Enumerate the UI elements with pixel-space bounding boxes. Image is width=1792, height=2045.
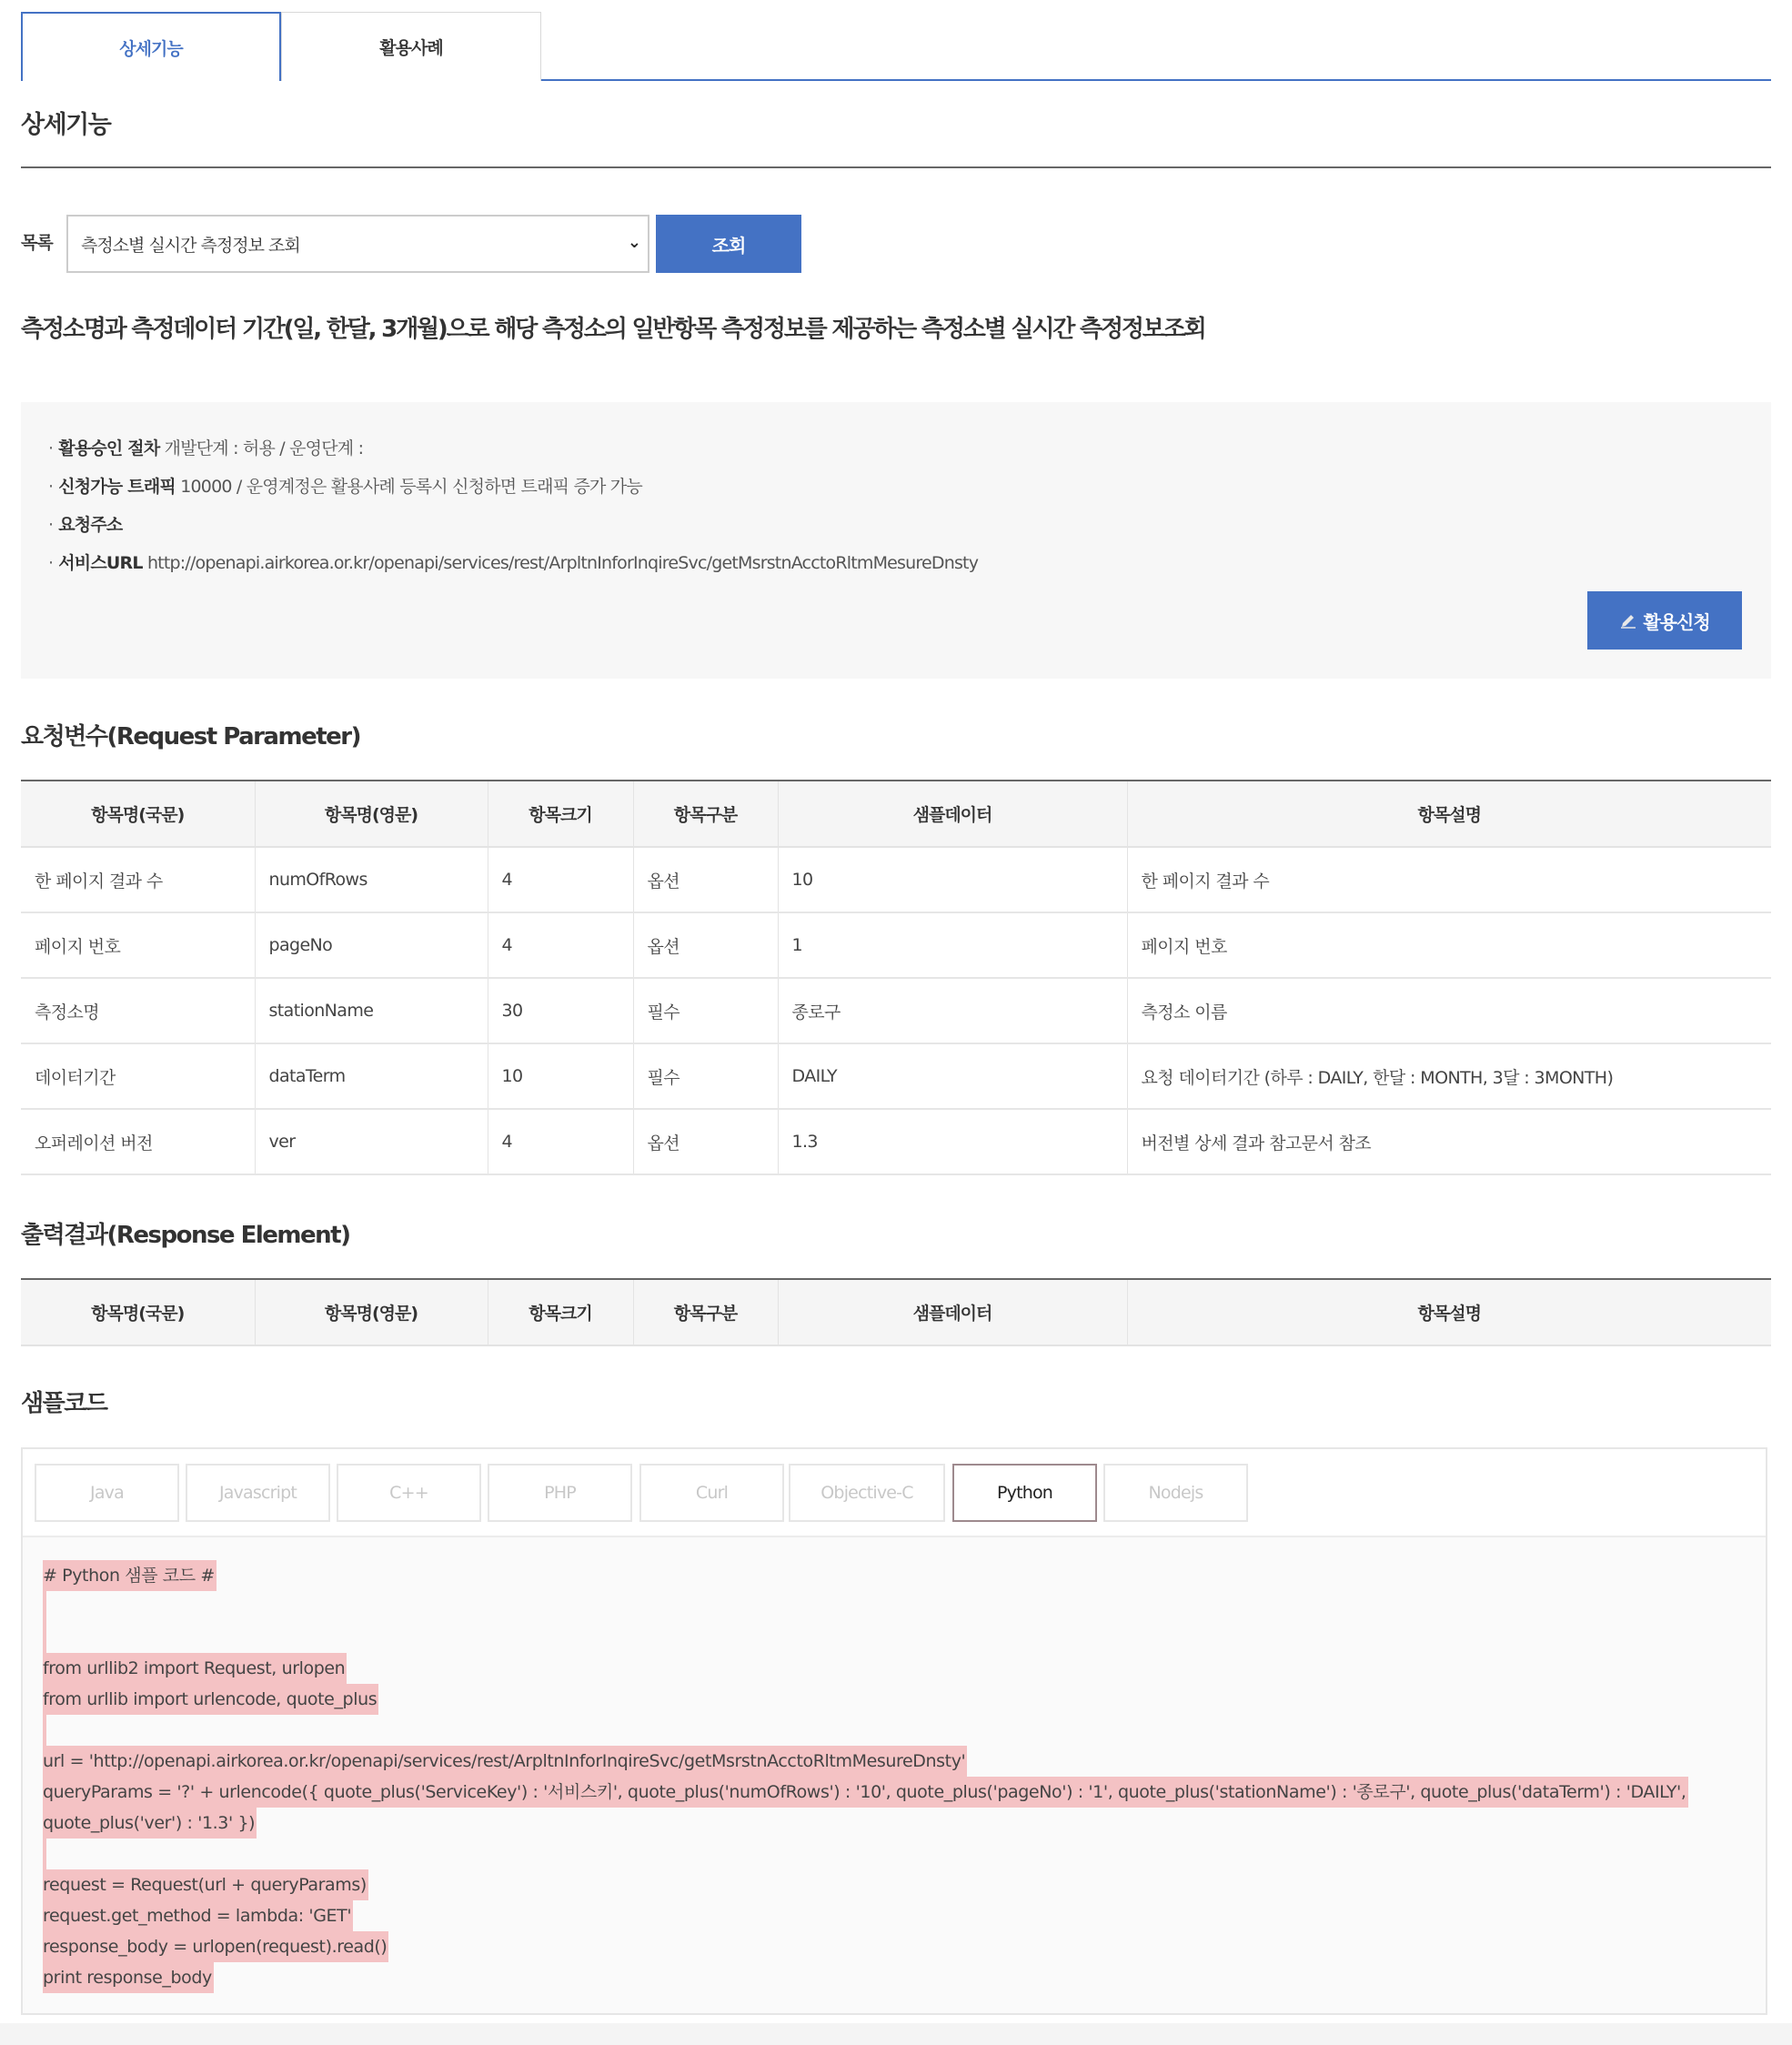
- response-element-heading: 출력결과(Response Element): [21, 1216, 349, 1250]
- table-cell: 옵션: [633, 1109, 778, 1174]
- bullet-icon: ·: [48, 438, 53, 458]
- code-line: [43, 1591, 1688, 1653]
- bullet-icon: ·: [48, 477, 53, 497]
- code-tab-nodejs[interactable]: Nodejs: [1103, 1464, 1248, 1522]
- info-traffic-label: 신청가능 트래픽: [58, 477, 176, 497]
- sample-code-panel: JavaJavascriptC++PHPCurlObjective-CPytho…: [21, 1447, 1767, 2015]
- code-tab-java[interactable]: Java: [35, 1464, 179, 1522]
- bullet-icon: ·: [48, 553, 53, 573]
- code-tab-php[interactable]: PHP: [488, 1464, 632, 1522]
- page-footer-strip: [0, 2023, 1792, 2045]
- column-header: 항목설명: [1127, 1279, 1771, 1345]
- operation-select-value: 측정소별 실시간 측정정보 조회: [81, 232, 300, 257]
- table-cell: stationName: [255, 978, 488, 1043]
- code-line-text: [43, 1715, 46, 1746]
- apply-button[interactable]: 활용신청: [1587, 591, 1742, 650]
- table-cell: 버전별 상세 결과 참고문서 참조: [1127, 1109, 1771, 1174]
- code-line-text: print response_body: [43, 1962, 214, 1993]
- code-line-text: # Python 샘플 코드 #: [43, 1560, 216, 1591]
- column-header: 샘플데이터: [778, 781, 1127, 847]
- table-cell: 30: [488, 978, 633, 1043]
- table-row: 한 페이지 결과 수numOfRows4옵션10한 페이지 결과 수: [21, 847, 1771, 912]
- code-tab-javascript[interactable]: Javascript: [186, 1464, 330, 1522]
- chevron-down-icon: ⌄: [628, 233, 640, 252]
- code-line: quote_plus('ver') : '1.3' }): [43, 1808, 1688, 1838]
- tab-use-cases[interactable]: 활용사례: [281, 12, 541, 81]
- table-cell: 종로구: [778, 978, 1127, 1043]
- top-tab-bar: 상세기능 활용사례: [21, 12, 1771, 81]
- code-line: [43, 1715, 1688, 1746]
- table-cell: 10: [778, 847, 1127, 912]
- request-parameter-heading: 요청변수(Request Parameter): [21, 718, 360, 751]
- info-service-url: ·서비스URL http://openapi.airkorea.or.kr/op…: [48, 549, 978, 574]
- column-header: 항목설명: [1127, 781, 1771, 847]
- info-traffic: ·신청가능 트래픽 10000 / 운영계정은 활용사례 등록시 신청하면 트래…: [48, 473, 642, 498]
- code-line: [43, 1838, 1688, 1869]
- code-tab-curl[interactable]: Curl: [639, 1464, 784, 1522]
- request-parameter-table: 항목명(국문) 항목명(영문) 항목크기 항목구분 샘플데이터 항목설명 한 페…: [21, 780, 1771, 1175]
- info-approval: ·활용승인 절차 개발단계 : 허용 / 운영단계 :: [48, 435, 363, 459]
- info-service-url-value[interactable]: http://openapi.airkorea.or.kr/openapi/se…: [147, 553, 978, 573]
- code-line: response_body = urlopen(request).read(): [43, 1931, 1688, 1962]
- code-line-text: request = Request(url + queryParams): [43, 1869, 368, 1900]
- code-line: request.get_method = lambda: 'GET': [43, 1900, 1688, 1931]
- code-line-text: [43, 1838, 46, 1869]
- column-header: 항목명(국문): [21, 1279, 255, 1345]
- column-header: 항목명(국문): [21, 781, 255, 847]
- table-cell: numOfRows: [255, 847, 488, 912]
- table-cell: DAILY: [778, 1043, 1127, 1109]
- table-cell: 측정소 이름: [1127, 978, 1771, 1043]
- table-row: 측정소명stationName30필수종로구측정소 이름: [21, 978, 1771, 1043]
- section-divider: [21, 166, 1771, 168]
- code-line-text: from urllib2 import Request, urlopen: [43, 1653, 347, 1684]
- table-header-row: 항목명(국문) 항목명(영문) 항목크기 항목구분 샘플데이터 항목설명: [21, 1279, 1771, 1345]
- info-traffic-value: 10000 / 운영계정은 활용사례 등록시 신청하면 트래픽 증가 가능: [180, 477, 642, 497]
- table-cell: 요청 데이터기간 (하루 : DAILY, 한달 : MONTH, 3달 : 3…: [1127, 1043, 1771, 1109]
- info-approval-label: 활용승인 절차: [58, 438, 159, 458]
- code-block: # Python 샘플 코드 #from urllib2 import Requ…: [43, 1560, 1688, 1993]
- column-header: 항목크기: [488, 1279, 633, 1345]
- column-header: 샘플데이터: [778, 1279, 1127, 1345]
- code-line: queryParams = '?' + urlencode({ quote_pl…: [43, 1777, 1688, 1808]
- table-cell: 오퍼레이션 버전: [21, 1109, 255, 1174]
- info-request-address: ·요청주소: [48, 511, 122, 536]
- code-line: from urllib import urlencode, quote_plus: [43, 1684, 1688, 1715]
- response-element-table: 항목명(국문) 항목명(영문) 항목크기 항목구분 샘플데이터 항목설명: [21, 1278, 1771, 1346]
- code-tab-objective-c[interactable]: Objective-C: [789, 1464, 945, 1522]
- code-line-text: url = 'http://openapi.airkorea.or.kr/ope…: [43, 1746, 967, 1777]
- column-header: 항목구분: [633, 1279, 778, 1345]
- operation-select[interactable]: 측정소별 실시간 측정정보 조회 ⌄: [66, 215, 649, 273]
- table-cell: 필수: [633, 1043, 778, 1109]
- table-row: 데이터기간dataTerm10필수DAILY요청 데이터기간 (하루 : DAI…: [21, 1043, 1771, 1109]
- column-header: 항목크기: [488, 781, 633, 847]
- column-header: 항목구분: [633, 781, 778, 847]
- table-cell: 한 페이지 결과 수: [21, 847, 255, 912]
- code-line-text: queryParams = '?' + urlencode({ quote_pl…: [43, 1777, 1688, 1808]
- table-cell: 페이지 번호: [1127, 912, 1771, 978]
- code-line: url = 'http://openapi.airkorea.or.kr/ope…: [43, 1746, 1688, 1777]
- column-header: 항목명(영문): [255, 781, 488, 847]
- table-cell: 1: [778, 912, 1127, 978]
- code-tab-python[interactable]: Python: [952, 1464, 1097, 1522]
- code-line-text: request.get_method = lambda: 'GET': [43, 1900, 353, 1931]
- pencil-icon: [1619, 611, 1637, 630]
- code-language-tabs: JavaJavascriptC++PHPCurlObjective-CPytho…: [23, 1449, 1766, 1537]
- code-line-text: [43, 1591, 46, 1653]
- code-line: from urllib2 import Request, urlopen: [43, 1653, 1688, 1684]
- code-line: request = Request(url + queryParams): [43, 1869, 1688, 1900]
- code-line: print response_body: [43, 1962, 1688, 1993]
- table-cell: 4: [488, 847, 633, 912]
- list-label: 목록: [21, 229, 53, 254]
- info-approval-value: 개발단계 : 허용 / 운영단계 :: [165, 438, 364, 458]
- apply-button-label: 활용신청: [1643, 608, 1709, 634]
- operation-description: 측정소명과 측정데이터 기간(일, 한달, 3개월)으로 해당 측정소의 일반항…: [21, 310, 1205, 344]
- query-button[interactable]: 조회: [656, 215, 801, 273]
- table-cell: ver: [255, 1109, 488, 1174]
- table-cell: 한 페이지 결과 수: [1127, 847, 1771, 912]
- table-row: 페이지 번호pageNo4옵션1페이지 번호: [21, 912, 1771, 978]
- table-cell: 필수: [633, 978, 778, 1043]
- table-cell: 측정소명: [21, 978, 255, 1043]
- table-row: 오퍼레이션 버전ver4옵션1.3버전별 상세 결과 참고문서 참조: [21, 1109, 1771, 1174]
- table-cell: dataTerm: [255, 1043, 488, 1109]
- table-cell: 4: [488, 1109, 633, 1174]
- table-cell: 데이터기간: [21, 1043, 255, 1109]
- table-cell: 10: [488, 1043, 633, 1109]
- info-box: ·활용승인 절차 개발단계 : 허용 / 운영단계 : ·신청가능 트래픽 10…: [21, 402, 1771, 679]
- table-cell: 페이지 번호: [21, 912, 255, 978]
- code-line: # Python 샘플 코드 #: [43, 1560, 1688, 1591]
- table-cell: 4: [488, 912, 633, 978]
- info-request-address-label: 요청주소: [58, 515, 122, 535]
- bullet-icon: ·: [48, 515, 53, 535]
- section-heading-detail: 상세기능: [21, 105, 110, 140]
- code-tab-c-[interactable]: C++: [337, 1464, 481, 1522]
- code-line-text: from urllib import urlencode, quote_plus: [43, 1684, 378, 1715]
- table-cell: 옵션: [633, 912, 778, 978]
- tab-detail-features[interactable]: 상세기능: [21, 12, 281, 81]
- sample-code-heading: 샘플코드: [21, 1385, 106, 1418]
- code-line-text: response_body = urlopen(request).read(): [43, 1931, 388, 1962]
- column-header: 항목명(영문): [255, 1279, 488, 1345]
- table-cell: 1.3: [778, 1109, 1127, 1174]
- table-header-row: 항목명(국문) 항목명(영문) 항목크기 항목구분 샘플데이터 항목설명: [21, 781, 1771, 847]
- table-cell: pageNo: [255, 912, 488, 978]
- info-service-url-label: 서비스URL: [58, 553, 142, 573]
- code-line-text: quote_plus('ver') : '1.3' }): [43, 1808, 257, 1838]
- table-cell: 옵션: [633, 847, 778, 912]
